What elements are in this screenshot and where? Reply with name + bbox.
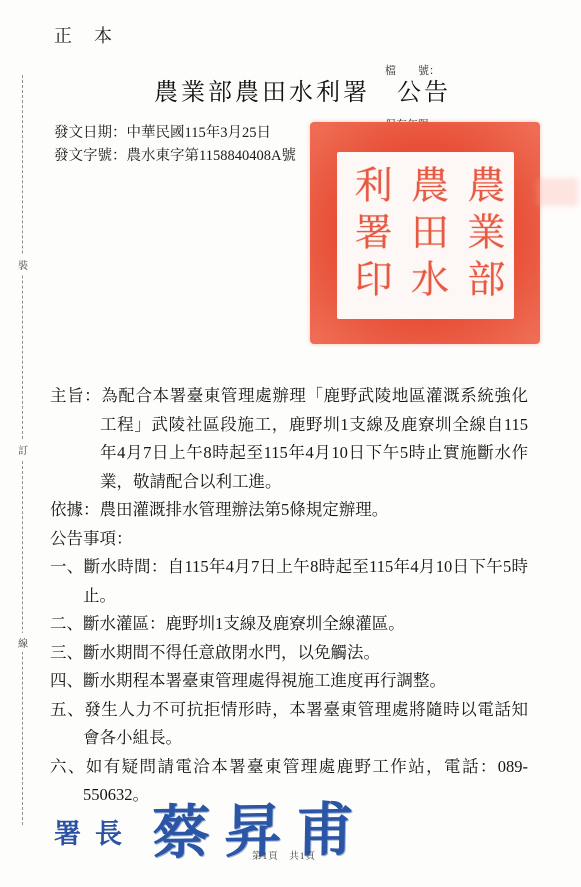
item-2-number: 二、 [50, 614, 83, 633]
announcement-page: 裝 訂 線 正 本 檔 號： 保存年限： 農業部農田水利署 公告 發文日期：中華… [0, 0, 581, 887]
announcement-item-5: 五、發生人力不可抗拒情形時，本署臺東管理處將隨時以電話知會各小組長。 [50, 696, 528, 753]
subject-text: 為配合本署臺東管理處辦理「鹿野武陵地區灌溉系統強化工程」武陵社區段施工，鹿野圳1… [100, 386, 528, 491]
announcement-item-4: 四、斷水期程本署臺東管理處得視施工進度再行調整。 [50, 667, 528, 696]
seal-column-2-text: 農田水 [406, 165, 444, 306]
item-6-number: 六、 [50, 757, 86, 776]
item-1-text: 斷水時間：自115年4月7日上午8時起至115年4月10日下午5時止。 [83, 557, 528, 605]
copy-type-label: 正 本 [54, 22, 114, 48]
item-5-text: 發生人力不可抗拒情形時，本署臺東管理處將隨時以電話知會各小組長。 [83, 700, 528, 748]
subject-paragraph: 主旨：為配合本署臺東管理處辦理「鹿野武陵地區灌溉系統強化工程」武陵社區段施工，鹿… [50, 382, 528, 496]
announcement-item-2: 二、斷水灌區：鹿野圳1支線及鹿寮圳全線灌區。 [50, 610, 528, 639]
issue-date-label: 發文日期： [54, 125, 127, 141]
agency-seal-stamp: 農業部 農田水 利署印 [310, 122, 540, 344]
issue-date-line: 發文日期：中華民國115年3月25日 [54, 122, 296, 145]
item-3-number: 三、 [50, 643, 83, 662]
director-title: 署長 [54, 812, 136, 851]
announcement-item-3: 三、斷水期間不得任意啟閉水門，以免觸法。 [50, 639, 528, 668]
issue-date-value: 中華民國115年3月25日 [127, 125, 271, 141]
basis-paragraph: 依據：農田灌溉排水管理辦法第5條規定辦理。 [50, 496, 528, 525]
doc-no-line: 發文字號：農水東字第1158840408A號 [54, 145, 296, 168]
item-3-text: 斷水期間不得任意啟閉水門，以免觸法。 [83, 643, 380, 662]
basis-label: 依據： [50, 500, 100, 519]
seal-column-3: 利署印 [341, 158, 397, 313]
announcement-item-1: 一、斷水時間：自115年4月7日上午8時起至115年4月10日下午5時止。 [50, 553, 528, 610]
agency-seal-inner: 農業部 農田水 利署印 [337, 152, 514, 319]
seal-column-1: 農業部 [454, 158, 510, 313]
binding-char-ding: 訂 [16, 440, 30, 459]
doc-no-value: 農水東字第1158840408A號 [127, 148, 296, 164]
item-5-number: 五、 [50, 700, 84, 719]
seal-column-1-text: 農業部 [463, 165, 501, 306]
item-1-number: 一、 [50, 557, 84, 576]
seal-column-3-text: 利署印 [350, 165, 388, 306]
items-header: 公告事項： [50, 525, 528, 554]
document-body: 主旨：為配合本署臺東管理處辦理「鹿野武陵地區灌溉系統強化工程」武陵社區段施工，鹿… [50, 382, 528, 810]
basis-text: 農田灌溉排水管理辦法第5條規定辦理。 [100, 500, 389, 519]
subject-label: 主旨： [50, 386, 101, 405]
seal-ink-smudge [536, 178, 578, 206]
page-number: 第1頁 共1頁 [252, 848, 316, 862]
item-4-number: 四、 [50, 671, 83, 690]
issue-info-block: 發文日期：中華民國115年3月25日 發文字號：農水東字第1158840408A… [54, 122, 296, 167]
doc-no-label: 發文字號： [54, 148, 127, 164]
document-title: 農業部農田水利署 公告 [0, 72, 581, 107]
binding-char-xian: 線 [16, 633, 30, 652]
item-4-text: 斷水期程本署臺東管理處得視施工進度再行調整。 [83, 671, 446, 690]
signature-block: 署長 蔡昇甫 [54, 788, 534, 878]
binding-char-zhuang: 裝 [16, 255, 30, 274]
binding-dashed-line: 裝 訂 線 [22, 75, 23, 825]
item-2-text: 斷水灌區：鹿野圳1支線及鹿寮圳全線灌區。 [83, 614, 405, 633]
seal-column-2: 農田水 [397, 158, 453, 313]
